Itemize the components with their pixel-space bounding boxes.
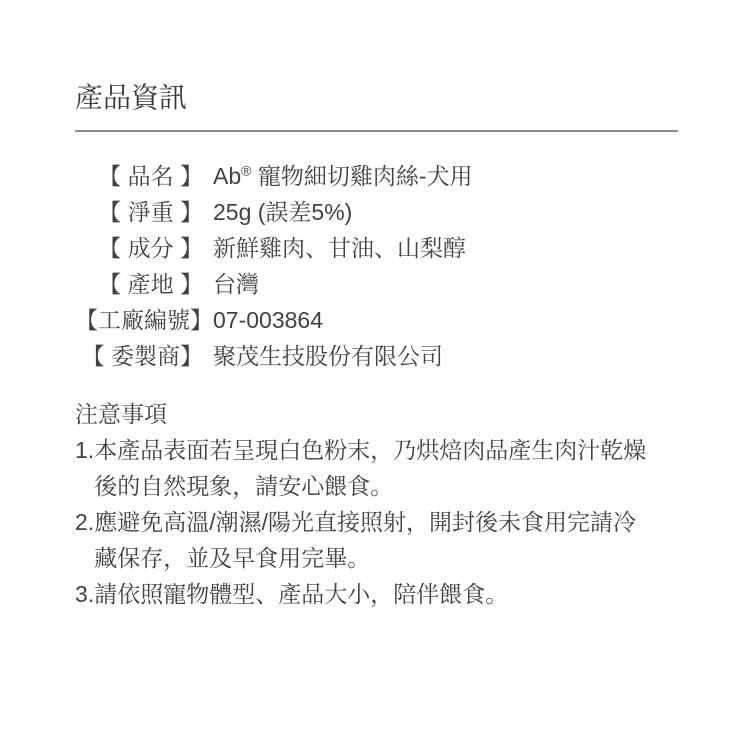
note-item-2: 2. 應避免高溫/潮濕/陽光直接照射，開封後未食用完請冷 藏保存，並及早食用完畢… <box>75 504 678 576</box>
field-value: 07-003864 <box>213 302 323 338</box>
field-row-origin: 【 產地 】 台灣 <box>75 266 678 302</box>
field-label: 【 委製商】 <box>75 338 203 374</box>
field-value: 聚茂生技股份有限公司 <box>213 338 443 374</box>
field-value: 25g (誤差5%) <box>213 194 352 230</box>
title-divider <box>75 130 678 132</box>
registered-trademark-symbol: ® <box>241 162 251 178</box>
field-row-factory-number: 【工廠編號】 07-003864 <box>75 302 678 338</box>
field-label: 【 淨重 】 <box>75 194 203 230</box>
note-item-1: 1. 本產品表面若呈現白色粉末，乃烘焙肉品產生肉汁乾燥 後的自然現象，請安心餵食… <box>75 432 678 504</box>
note-text: 請依照寵物體型、產品大小，陪伴餵食。 <box>94 576 508 612</box>
notes-section: 注意事項 1. 本產品表面若呈現白色粉末，乃烘焙肉品產生肉汁乾燥 後的自然現象，… <box>75 396 678 612</box>
field-value: 台灣 <box>213 266 259 302</box>
product-name-text: 寵物細切雞肉絲-犬用 <box>251 163 472 189</box>
field-value: 新鮮雞肉、甘油、山梨醇 <box>213 230 466 266</box>
note-line: 本產品表面若呈現白色粉末，乃烘焙肉品產生肉汁乾燥 <box>94 432 646 468</box>
product-fields: 【 品名 】 Ab® 寵物細切雞肉絲-犬用 【 淨重 】 25g (誤差5%) … <box>75 158 678 374</box>
field-value: Ab® 寵物細切雞肉絲-犬用 <box>213 158 473 194</box>
field-row-manufacturer: 【 委製商】 聚茂生技股份有限公司 <box>75 338 678 374</box>
note-number: 1. <box>75 432 94 468</box>
product-info-page: 產品資訊 【 品名 】 Ab® 寵物細切雞肉絲-犬用 【 淨重 】 25g (誤… <box>0 0 750 612</box>
field-label: 【 成分 】 <box>75 230 203 266</box>
field-label: 【 產地 】 <box>75 266 203 302</box>
note-line: 後的自然現象，請安心餵食。 <box>94 468 646 504</box>
note-text: 應避免高溫/潮濕/陽光直接照射，開封後未食用完請冷 藏保存，並及早食用完畢。 <box>94 504 636 576</box>
field-label: 【 品名 】 <box>75 158 203 194</box>
notes-heading: 注意事項 <box>75 396 678 432</box>
page-title: 產品資訊 <box>75 84 678 112</box>
brand-text: Ab <box>213 163 241 189</box>
field-label: 【工廠編號】 <box>75 302 203 338</box>
note-text: 本產品表面若呈現白色粉末，乃烘焙肉品產生肉汁乾燥 後的自然現象，請安心餵食。 <box>94 432 646 504</box>
note-number: 2. <box>75 504 94 540</box>
field-row-product-name: 【 品名 】 Ab® 寵物細切雞肉絲-犬用 <box>75 158 678 194</box>
note-item-3: 3. 請依照寵物體型、產品大小，陪伴餵食。 <box>75 576 678 612</box>
note-line: 應避免高溫/潮濕/陽光直接照射，開封後未食用完請冷 <box>94 504 636 540</box>
note-number: 3. <box>75 576 94 612</box>
field-row-net-weight: 【 淨重 】 25g (誤差5%) <box>75 194 678 230</box>
note-line: 請依照寵物體型、產品大小，陪伴餵食。 <box>94 576 508 612</box>
note-line: 藏保存，並及早食用完畢。 <box>94 540 636 576</box>
field-row-ingredients: 【 成分 】 新鮮雞肉、甘油、山梨醇 <box>75 230 678 266</box>
